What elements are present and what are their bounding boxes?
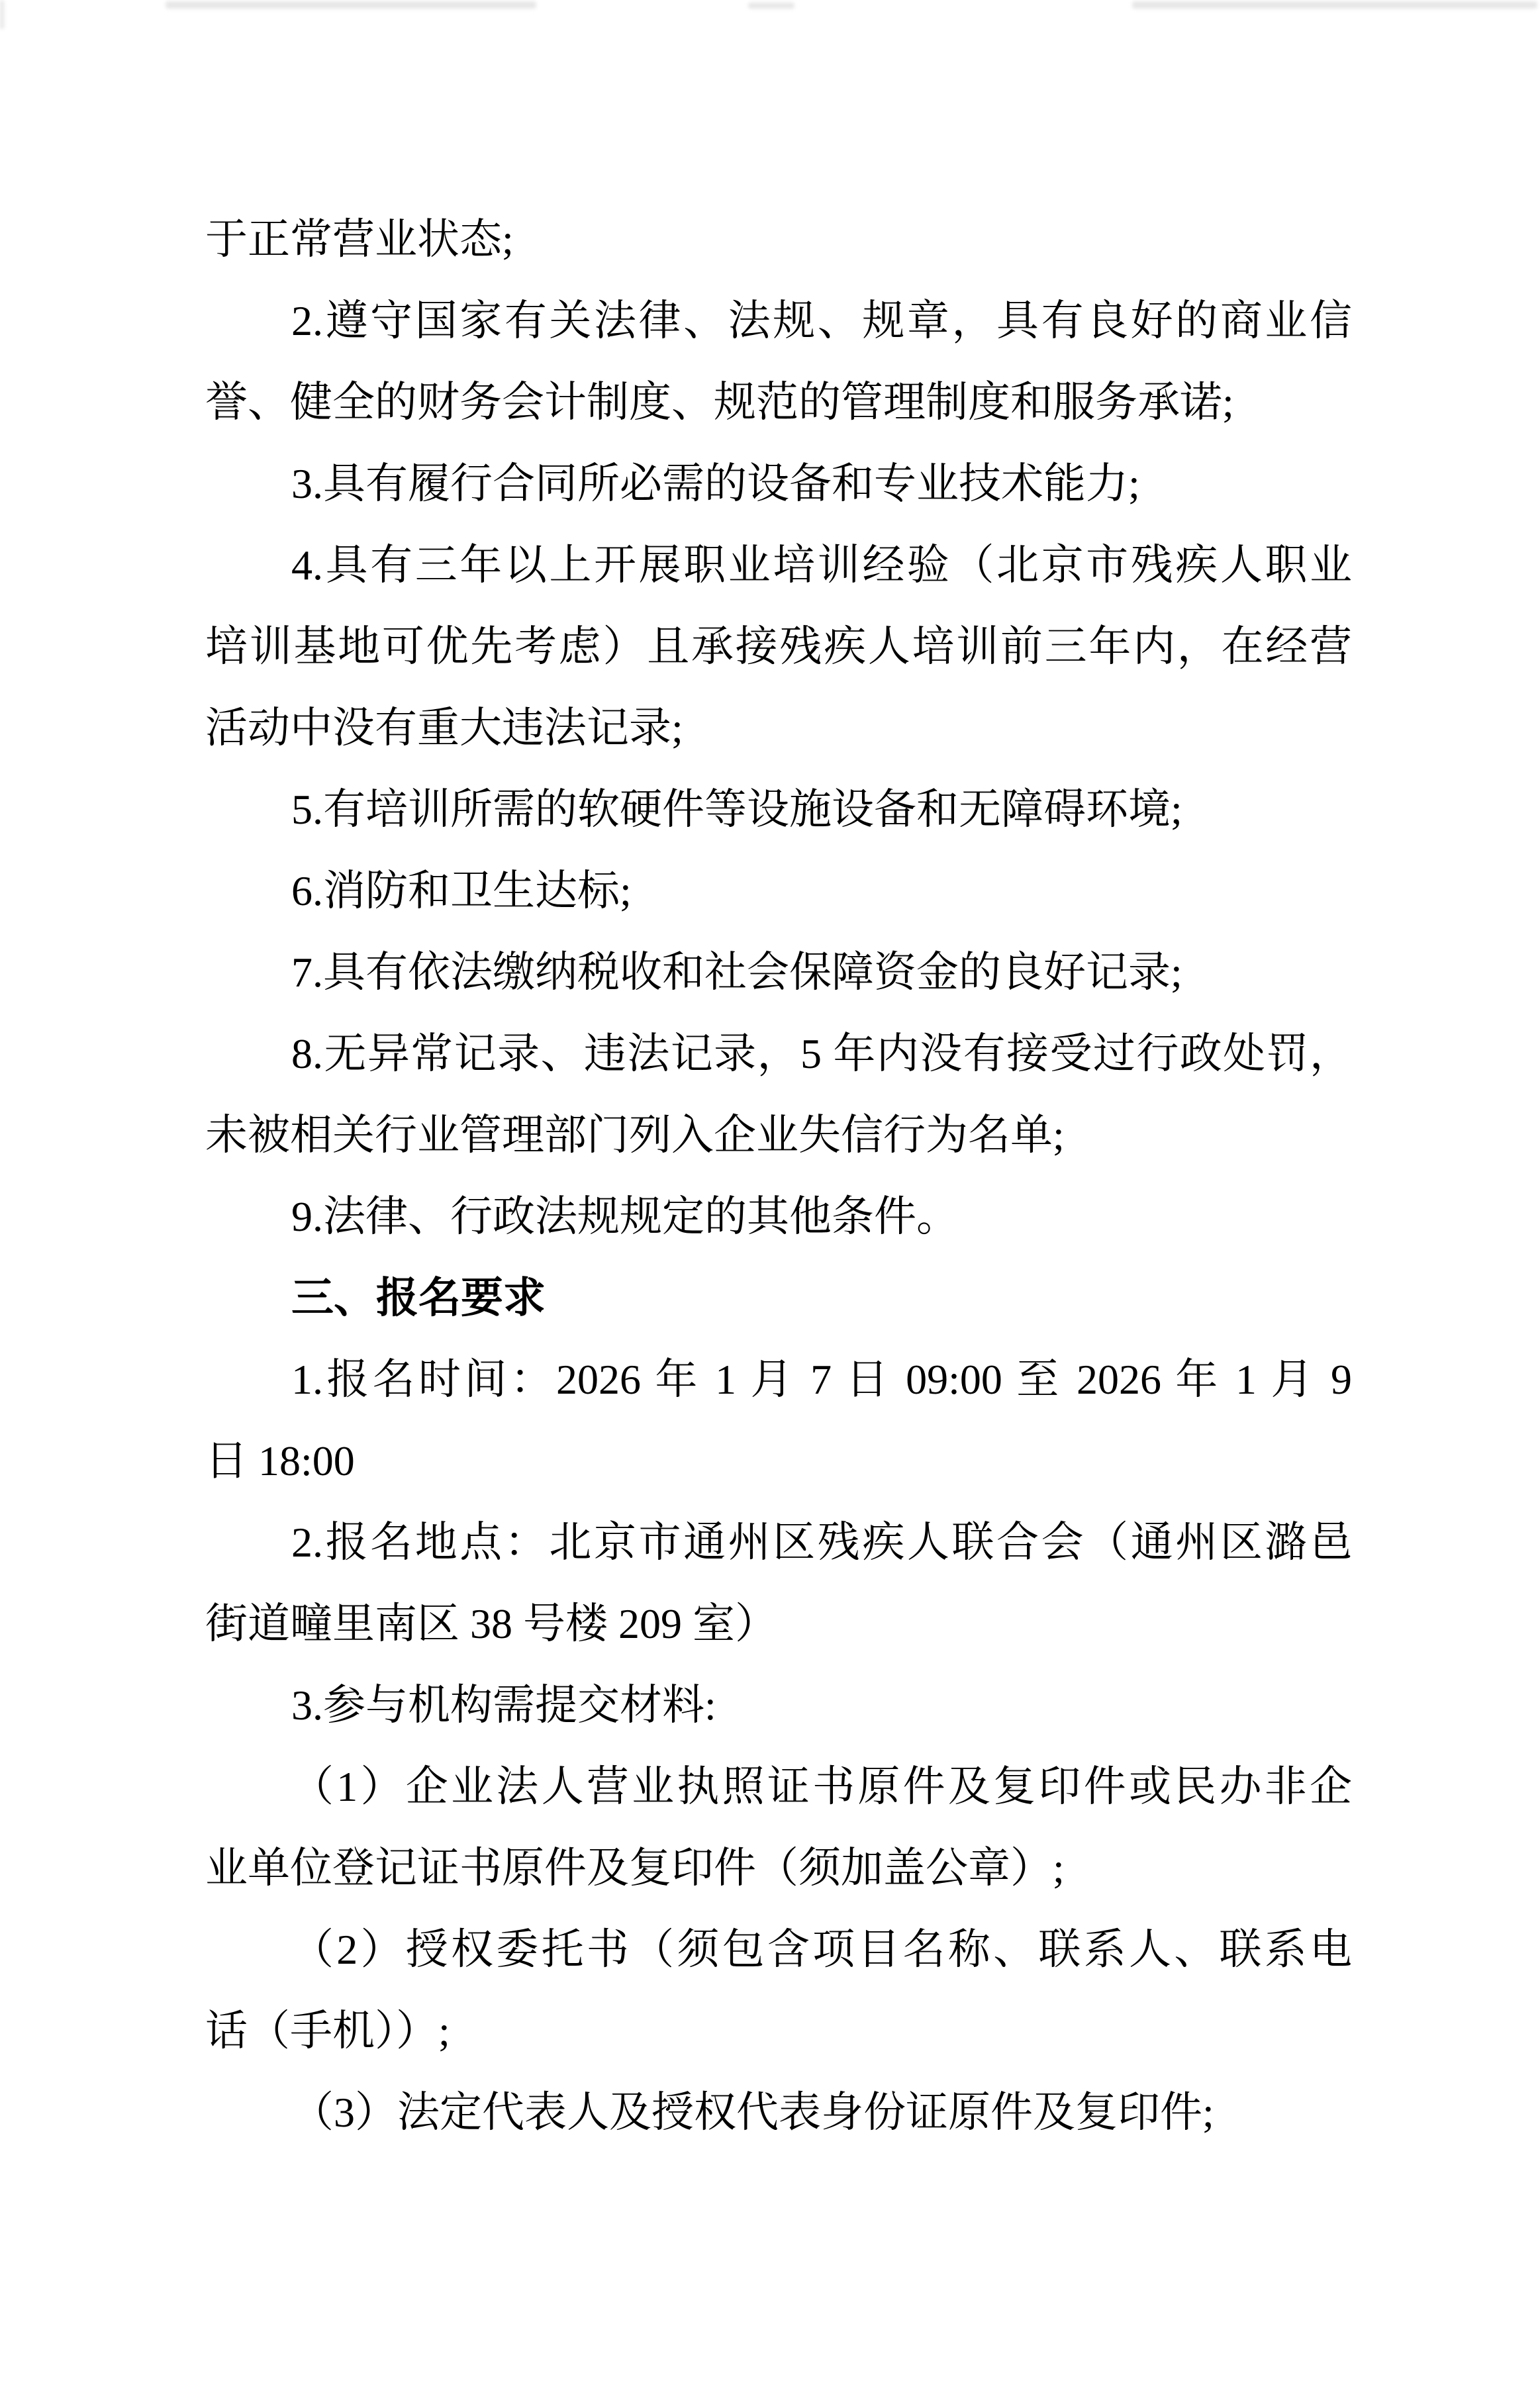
text-line: 2.报名地点：北京市通州区残疾人联合会（通州区潞邑 xyxy=(205,1502,1352,1583)
scan-artifact-top-mid xyxy=(748,3,794,9)
text-line: 7.具有依法缴纳税收和社会保障资金的良好记录; xyxy=(205,932,1352,1013)
scan-artifact-top-left xyxy=(166,1,536,9)
text-line: 5.有培训所需的软硬件等设施设备和无障碍环境; xyxy=(205,769,1352,850)
text-line: 4.具有三年以上开展职业培训经验（北京市残疾人职业 xyxy=(205,524,1352,606)
text-line: 话（手机））; xyxy=(205,1990,1352,2072)
text-line: （2）授权委托书（须包含项目名称、联系人、联系电 xyxy=(205,1909,1352,1990)
text-line: 3.参与机构需提交材料: xyxy=(205,1664,1352,1746)
text-line: 培训基地可优先考虑）且承接残疾人培训前三年内，在经营 xyxy=(205,606,1352,687)
text-line: 于正常营业状态; xyxy=(205,199,1352,280)
section-heading: 三、报名要求 xyxy=(205,1257,1352,1339)
text-line: 誉、健全的财务会计制度、规范的管理制度和服务承诺; xyxy=(205,361,1352,443)
scan-artifact-top-right xyxy=(1132,1,1537,9)
text-line: 日 18:00 xyxy=(205,1420,1352,1502)
text-line: 1.报名时间：2026 年 1 月 7 日 09:00 至 2026 年 1 月… xyxy=(205,1339,1352,1420)
text-line: 8.无异常记录、违法记录，5 年内没有接受过行政处罚， xyxy=(205,1013,1352,1094)
text-line: 街道疃里南区 38 号楼 209 室） xyxy=(205,1583,1352,1664)
text-line: 业单位登记证书原件及复印件（须加盖公章）; xyxy=(205,1827,1352,1909)
text-line: 9.法律、行政法规规定的其他条件。 xyxy=(205,1176,1352,1257)
page: { "page": { "background": "#ffffff", "te… xyxy=(0,0,1540,2402)
text-line: 3.具有履行合同所必需的设备和专业技术能力; xyxy=(205,443,1352,524)
scan-artifact-left-edge xyxy=(0,0,4,29)
text-line: 未被相关行业管理部门列入企业失信行为名单; xyxy=(205,1094,1352,1176)
text-line: 6.消防和卫生达标; xyxy=(205,850,1352,932)
text-line: （3）法定代表人及授权代表身份证原件及复印件; xyxy=(205,2072,1352,2153)
text-line: 活动中没有重大违法记录; xyxy=(205,687,1352,769)
document-body: 于正常营业状态;2.遵守国家有关法律、法规、规章，具有良好的商业信誉、健全的财务… xyxy=(205,199,1352,2153)
text-line: （1）企业法人营业执照证书原件及复印件或民办非企 xyxy=(205,1746,1352,1827)
text-line: 2.遵守国家有关法律、法规、规章，具有良好的商业信 xyxy=(205,280,1352,361)
